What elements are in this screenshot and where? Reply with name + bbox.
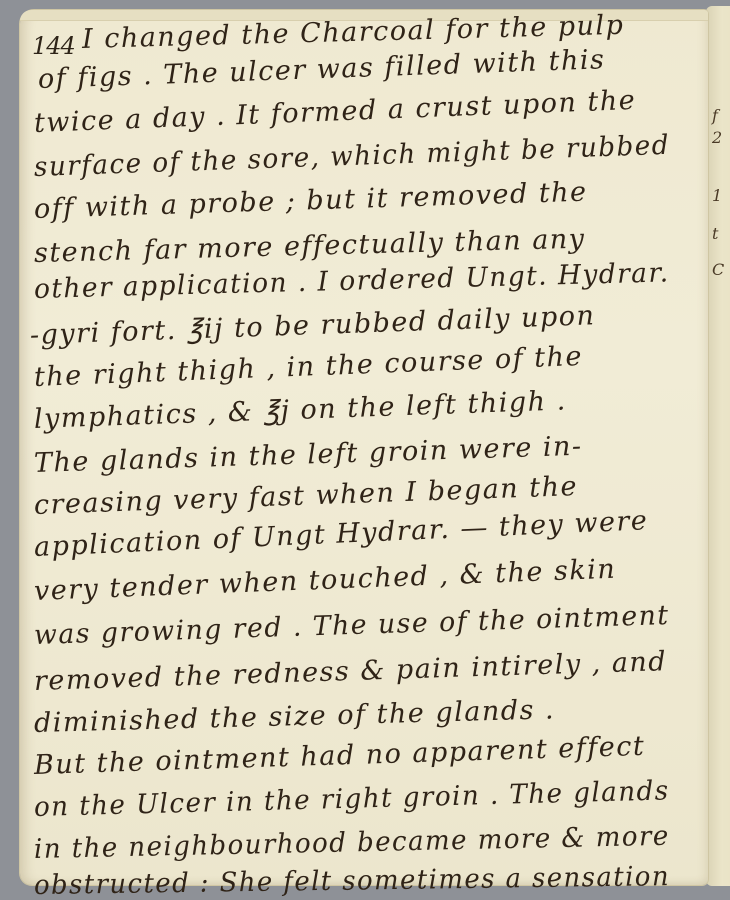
text-line: lymphatics , & ℥j on the left thigh . [33,385,567,435]
edge-letter: 2 [712,128,722,147]
edge-letter: f [712,106,718,125]
text-line: on the Ulcer in the right groin . The gl… [34,775,670,823]
text-line: twice a day . It formed a crust upon the [33,85,636,139]
edge-letter: t [712,224,718,243]
text-line: The glands in the left groin were in- [34,431,583,479]
text-line: was growing red . The use of the ointmen… [34,600,670,651]
text-line: diminished the size of the glands . [34,694,556,739]
handwritten-text: I changed the Charcoal for the pulp of f… [20,10,708,885]
manuscript-page: 144 I changed the Charcoal for the pulp … [20,10,708,885]
text-line: the right thigh , in the course of the [33,341,583,393]
edge-letter: C [712,260,724,279]
text-line: removed the redness & pain intirely , an… [34,646,668,697]
edge-letter: 1 [712,186,722,205]
text-line: off with a probe ; but it removed the [34,177,588,225]
text-line: in the neighbourhood became more & more [34,821,670,865]
text-line: very tender when touched , & the skin [33,554,616,607]
text-line: surface of the sore, which might be rubb… [33,130,670,183]
adjacent-page-edge: f 2 1 t C [706,6,730,886]
text-line: But the ointment had no apparent effect [34,731,646,781]
text-line: obstructed : She felt sometimes a sensat… [34,861,670,900]
